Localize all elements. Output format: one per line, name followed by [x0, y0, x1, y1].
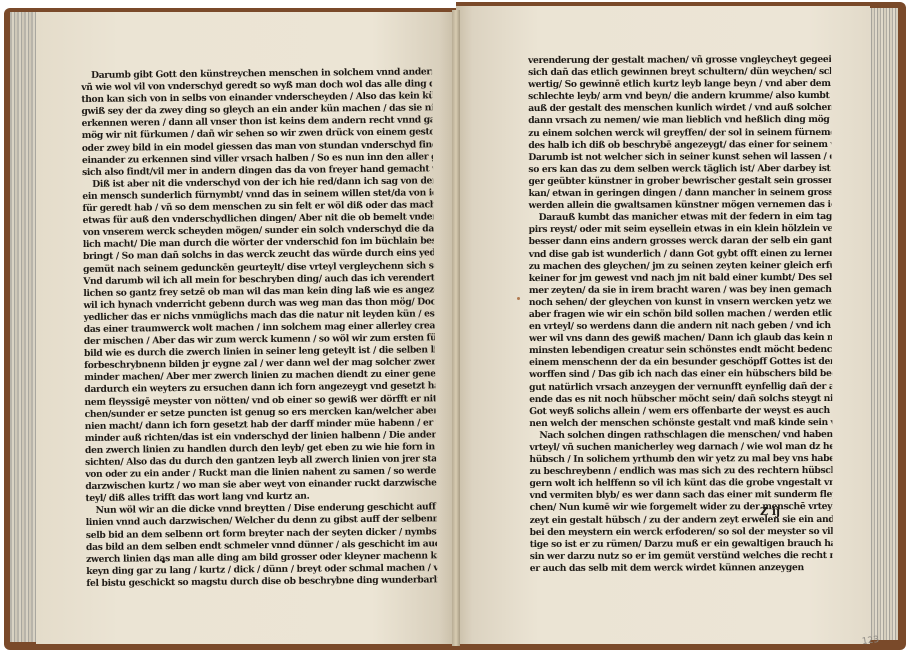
text-line: sich dañ das etlich gewinnen breyt schul…	[528, 66, 831, 79]
book-gutter	[452, 10, 460, 646]
text-line: minsten lebendigen creatur sein schönste…	[529, 344, 832, 357]
text-line: pirs reyst/ oder mit seim eysellein etwa…	[529, 223, 832, 236]
ink-speck	[315, 554, 317, 556]
open-book: Darumb gibt Gott den künstreychen mensch…	[0, 0, 908, 656]
text-line: des halb ich diß ob beschrybē angezeygt/…	[528, 139, 831, 152]
text-line: kan/ etwan in geringen dingen / dann man…	[528, 187, 831, 200]
text-line: vnd vermiten blyb/ es wer dann sach das …	[530, 489, 833, 502]
text-line: bei den meystern ein werck erfoderen/ so…	[530, 526, 833, 539]
text-line: Got weyß solichs allein / wem ers offenb…	[529, 405, 832, 418]
text-line: gut natürlich vrsach anzeygen der vernun…	[529, 380, 832, 393]
text-line: verenderung der gestalt machen/ vñ gross…	[528, 54, 831, 67]
text-line: mer zeyten/ da sie in irem bracht waren …	[529, 284, 832, 297]
text-line: zeyt ein gestalt hübsch / zu der andern …	[530, 514, 833, 527]
text-line: hübsch / In solichem yrthumb den wir yet…	[529, 453, 832, 466]
text-line: Darauß kumbt das manicher etwas mit der …	[529, 211, 832, 224]
ink-speck	[162, 560, 165, 563]
text-line: ger geübter künstner in grober bewrische…	[528, 175, 831, 188]
text-line: aber fragen wie wir ein schön bild solle…	[529, 308, 832, 321]
text-line: chen/ Nun kumē wir wie forgemelt wider z…	[530, 501, 833, 514]
text-line: wertig/ So gewinnē etlich kurtz leyb lan…	[528, 78, 831, 91]
text-line: ende das es nit noch hübscher möcht sein…	[529, 393, 832, 406]
text-line: en vrteyl/ so werdens dann die andern ni…	[529, 320, 832, 333]
text-line: zu einem solchen werck wil greyffen/ der…	[528, 127, 831, 140]
text-line: werden allein die gwaltsamen künstner mö…	[529, 199, 832, 212]
text-line: nen welch der menschen schönste gestalt …	[529, 417, 832, 430]
text-line: einem menschenn der da ein besunder gesc…	[529, 356, 832, 369]
text-line: vrteyl/ vñ suchen manicherley weg darnac…	[529, 441, 832, 454]
text-line: vnd dise gab ist wunderlich / dann Got g…	[529, 247, 832, 260]
text-line: zu beschreybenn / endlich was mas sich z…	[529, 465, 832, 478]
text-line: so ers kan das zu dem selben werck tägli…	[528, 163, 831, 176]
text-line: besser dann eins andern grosses werck da…	[529, 235, 832, 248]
text-line: gern wolt ich helffenn so vil ich künt d…	[529, 477, 832, 490]
text-line: auß der gestalt des menschen kunlich wir…	[528, 102, 831, 115]
ink-speck	[517, 297, 520, 300]
page-edges-right	[866, 8, 898, 640]
text-line: noch sehen/ der gleychen von kunst in vn…	[529, 296, 832, 309]
text-line: tige so ist er zu rümen/ Darzu muß er ei…	[530, 538, 833, 551]
text-line: schlechte leyb/ arm vnd beyn/ die andern…	[528, 90, 831, 103]
right-page-text: verenderung der gestalt machen/ vñ gross…	[528, 54, 833, 575]
text-line: keiner for jm gewest vnd nach jm nit bal…	[529, 272, 832, 285]
signature-mark: Z ij	[760, 505, 780, 518]
text-line: zu machen des gleychen/ jm zu seinen zey…	[529, 260, 832, 273]
text-line: worffen sind / Das gib ich nach das eine…	[529, 368, 832, 381]
text-line: wer wil vns dann des gewiß machen/ Dann …	[529, 332, 832, 345]
text-line: Nach solchen dingen rathschlagen die men…	[529, 429, 832, 442]
text-line: er auch das selb mit dem werck wirdet kü…	[530, 562, 833, 575]
text-line: dann vrsach zu nemen/ wie man lieblich v…	[528, 114, 831, 127]
text-line: sin wer darzu nutz so er im gemüt verstü…	[530, 550, 833, 563]
text-line: Darumb ist not welcher sich in seiner ku…	[528, 151, 831, 164]
left-page-text: Darumb gibt Gott den künstreychen mensch…	[81, 66, 437, 590]
